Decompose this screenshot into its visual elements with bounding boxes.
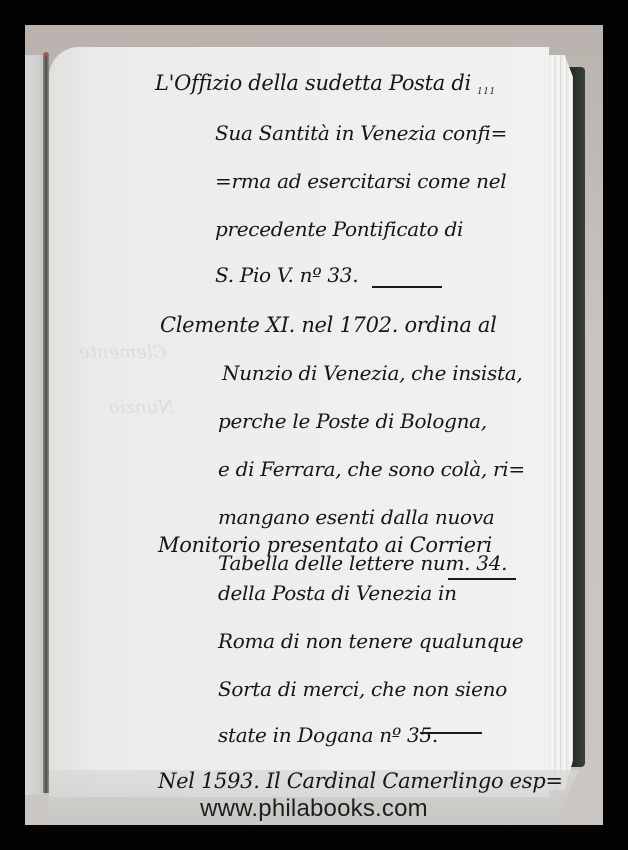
manuscript-text: L'Offizio della sudetta Posta diSua Sant… (25, 25, 603, 825)
entry-line: Nunzio di Venezia, che insista, (222, 361, 522, 385)
entry-heading-line: Nel 1593. Il Cardinal Camerlingo esp= (158, 769, 563, 793)
entry-line: state in Dogana nº 35. (218, 723, 438, 747)
entry-line: perche le Poste di Bologna, (218, 409, 487, 433)
entry-line: Sua Santità in Venezia confi= (215, 121, 507, 145)
reference-underline (448, 578, 516, 580)
reference-underline (420, 732, 482, 734)
entry-heading-line: Monitorio presentato ai Corrieri (158, 533, 492, 557)
entry-line: S. Pio V. nº 33. (215, 263, 358, 287)
book-photograph: Clemente Nunzio 111 L'Offizio della sude… (25, 25, 603, 825)
entry-line: precedente Pontificato di (215, 217, 463, 241)
entry-line: Sorta di merci, che non sieno (218, 677, 507, 701)
entry-line: e di Ferrara, che sono colà, ri= (218, 457, 525, 481)
reference-underline (372, 286, 442, 288)
watermark: www.philabooks.com (25, 795, 603, 823)
entry-line: =rma ad esercitarsi come nel (215, 169, 506, 193)
entry-line: mangano esenti dalla nuova (218, 505, 494, 529)
entry-line: Roma di non tenere qualunque (218, 629, 523, 653)
entry-heading-line: L'Offizio della sudetta Posta di (155, 71, 471, 95)
entry-line: della Posta di Venezia in (218, 581, 457, 605)
entry-heading-line: Clemente XI. nel 1702. ordina al (160, 313, 497, 337)
